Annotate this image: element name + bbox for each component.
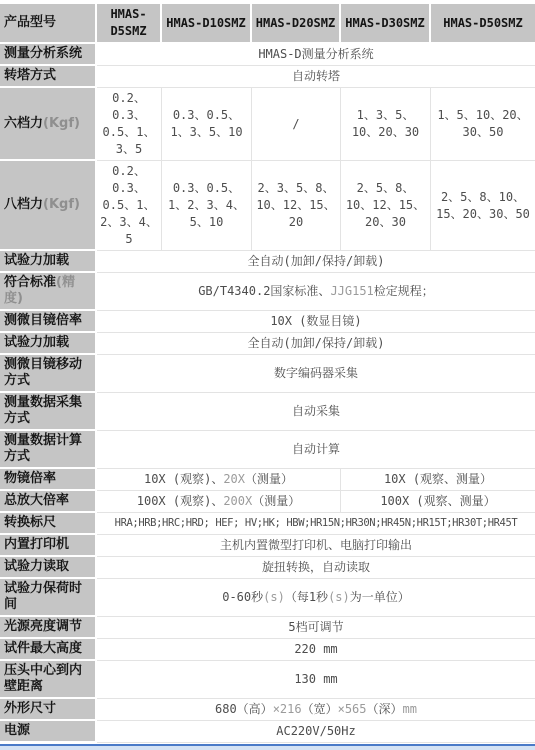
spec-table-body: 产品型号HMAS- D5SMZHMAS-D10SMZHMAS-D20SMZHMA… bbox=[0, 4, 535, 743]
cell-text: 20X bbox=[223, 472, 245, 486]
cell-text: 0.2、0.3、0.5、1、2、3、4、5 bbox=[100, 164, 158, 246]
row-label: 测量分析系统 bbox=[0, 44, 97, 66]
spec-cell: 全自动(加卸/保持/卸载) bbox=[97, 251, 535, 273]
spec-cell: 主机内置微型打印机、电脑打印输出 bbox=[97, 535, 535, 557]
cell-text: ×216 bbox=[273, 702, 302, 716]
spec-row: 测微目镜移动 方式数字编码器采集 bbox=[0, 355, 535, 393]
spec-cell: HMAS-D测量分析系统 bbox=[97, 44, 535, 66]
spec-cell: 自动采集 bbox=[97, 393, 535, 431]
cell-text: mm bbox=[403, 702, 417, 716]
cell-text: 旋扭转换，自动读取 bbox=[262, 560, 370, 574]
cell-text: （测量） bbox=[252, 494, 300, 508]
row-label-text: 测微目镜移动 方式 bbox=[4, 357, 82, 388]
spec-cell: AC220V/50Hz bbox=[97, 721, 535, 743]
row-label: 外形尺寸 bbox=[0, 699, 97, 721]
spec-table: 产品型号HMAS- D5SMZHMAS-D10SMZHMAS-D20SMZHMA… bbox=[0, 4, 535, 743]
row-label-text: 试验力保荷时 间 bbox=[4, 581, 82, 612]
row-label: 八档力(Kgf) bbox=[0, 161, 97, 251]
cell-text: （每1秒 bbox=[285, 590, 328, 604]
spec-cell: 10X (观察)、20X（测量） bbox=[97, 469, 341, 491]
cell-text: 自动采集 bbox=[292, 404, 340, 418]
row-label-text: 转塔方式 bbox=[4, 68, 56, 83]
cell-text: 检定规程； bbox=[374, 284, 434, 298]
cell-text: 680（高） bbox=[215, 702, 273, 716]
row-label-text: 外形尺寸 bbox=[4, 701, 56, 716]
spec-cell: HRA;HRB;HRC;HRD; HEF; HV;HK; HBW;HR15N;H… bbox=[97, 513, 535, 535]
cell-text: (s) bbox=[263, 590, 285, 604]
product-model-label: 产品型号 bbox=[0, 4, 97, 44]
cell-text: 0.3、0.5、1、2、3、4、5、10 bbox=[168, 181, 245, 229]
spec-cell: 自动计算 bbox=[97, 431, 535, 469]
model-name-1: HMAS- D5SMZ bbox=[97, 4, 162, 44]
spec-cell: 2、3、5、8、10、12、15、20 bbox=[252, 161, 341, 251]
row-label-text: 测量数据采集 方式 bbox=[4, 395, 82, 426]
cell-text: 100X (观察)、 bbox=[137, 494, 224, 508]
cell-text: 2、5、8、10、12、15、20、30 bbox=[346, 181, 425, 229]
row-label: 试验力加载 bbox=[0, 333, 97, 355]
cell-text: 自动计算 bbox=[292, 442, 340, 456]
spec-row: 试验力读取旋扭转换，自动读取 bbox=[0, 557, 535, 579]
spec-cell: 1、3、5、10、20、30 bbox=[341, 88, 431, 161]
row-label-text: 测微目镜倍率 bbox=[4, 313, 82, 328]
cell-text: HRA;HRB;HRC;HRD; HEF; HV;HK; HBW;HR15N;H… bbox=[115, 517, 518, 529]
row-label-text: 压头中心到内 壁距离 bbox=[4, 663, 82, 694]
row-label: 试件最大高度 bbox=[0, 639, 97, 661]
row-label-text: 总放大倍率 bbox=[4, 493, 69, 508]
cell-text: 1、5、10、20、30、50 bbox=[437, 108, 528, 139]
row-label: 测量数据计算 方式 bbox=[0, 431, 97, 469]
row-label-text: 试验力加载 bbox=[4, 335, 69, 350]
spec-row: 试件最大高度220 mm bbox=[0, 639, 535, 661]
spec-row: 总放大倍率100X (观察)、200X（测量）100X (观察、测量） bbox=[0, 491, 535, 513]
row-label: 试验力保荷时 间 bbox=[0, 579, 97, 617]
cell-text: 200X bbox=[223, 494, 252, 508]
cell-text: 130 mm bbox=[294, 672, 337, 686]
cell-text: 220 mm bbox=[294, 642, 337, 656]
row-label: 符合标准(精度) bbox=[0, 273, 97, 311]
row-label: 电源 bbox=[0, 721, 97, 743]
product-spec-sheet: 产品型号HMAS- D5SMZHMAS-D10SMZHMAS-D20SMZHMA… bbox=[0, 0, 535, 750]
spec-cell: 0.2、0.3、0.5、1、3、5 bbox=[97, 88, 162, 161]
row-label-text: 八档力 bbox=[4, 197, 43, 212]
spec-cell: 100X (观察、测量） bbox=[341, 491, 535, 513]
cell-text: 主机内置微型打印机、电脑打印输出 bbox=[220, 538, 412, 552]
spec-row: 光源亮度调节5档可调节 bbox=[0, 617, 535, 639]
row-label: 压头中心到内 壁距离 bbox=[0, 661, 97, 699]
cell-text: 10X (观察、测量） bbox=[384, 472, 492, 486]
spec-row: 测量数据采集 方式自动采集 bbox=[0, 393, 535, 431]
spec-cell: 100X (观察)、200X（测量） bbox=[97, 491, 341, 513]
model-name-3: HMAS-D20SMZ bbox=[252, 4, 341, 44]
header-row: 产品型号HMAS- D5SMZHMAS-D10SMZHMAS-D20SMZHMA… bbox=[0, 4, 535, 44]
cell-text: （测量） bbox=[245, 472, 293, 486]
row-label: 试验力加载 bbox=[0, 251, 97, 273]
spec-cell: 全自动(加卸/保持/卸载) bbox=[97, 333, 535, 355]
row-label: 测微目镜倍率 bbox=[0, 311, 97, 333]
spec-cell: 0.3、0.5、1、2、3、4、5、10 bbox=[162, 161, 252, 251]
row-label: 测量数据采集 方式 bbox=[0, 393, 97, 431]
spec-cell: GB/T4340.2国家标准、JJG151检定规程； bbox=[97, 273, 535, 311]
spec-cell: / bbox=[252, 88, 341, 161]
spec-row: 内置打印机主机内置微型打印机、电脑打印输出 bbox=[0, 535, 535, 557]
model-name-2: HMAS-D10SMZ bbox=[162, 4, 252, 44]
spec-row: 测微目镜倍率10X (数显目镜) bbox=[0, 311, 535, 333]
spec-row: 测量数据计算 方式自动计算 bbox=[0, 431, 535, 469]
spec-cell: 130 mm bbox=[97, 661, 535, 699]
cell-text: 0.2、0.3、0.5、1、3、5 bbox=[103, 91, 156, 156]
row-label: 测微目镜移动 方式 bbox=[0, 355, 97, 393]
cell-text: 全自动(加卸/保持/卸载) bbox=[248, 336, 385, 350]
row-label: 物镜倍率 bbox=[0, 469, 97, 491]
row-label: 六档力(Kgf) bbox=[0, 88, 97, 161]
row-label-unit: (Kgf) bbox=[43, 197, 80, 212]
spec-cell: 1、5、10、20、30、50 bbox=[431, 88, 535, 161]
row-label-text: 物镜倍率 bbox=[4, 471, 56, 486]
cell-text: / bbox=[292, 117, 299, 131]
cell-text: ×565 bbox=[338, 702, 367, 716]
row-label-text: 六档力 bbox=[4, 116, 43, 131]
cell-text: 10X (数显目镜) bbox=[270, 314, 361, 328]
spec-cell: 10X (观察、测量） bbox=[341, 469, 535, 491]
spec-row: 测量分析系统HMAS-D测量分析系统 bbox=[0, 44, 535, 66]
cell-text: 自动转塔 bbox=[292, 69, 340, 83]
spec-cell: 680（高）×216（宽）×565（深）mm bbox=[97, 699, 535, 721]
cell-text: 0-60秒 bbox=[222, 590, 263, 604]
spec-cell: 220 mm bbox=[97, 639, 535, 661]
spec-cell: 旋扭转换，自动读取 bbox=[97, 557, 535, 579]
cell-text: （宽） bbox=[302, 702, 338, 716]
cell-text: 为一单位） bbox=[350, 590, 410, 604]
cell-text: JJG151 bbox=[330, 284, 373, 298]
cell-text: （深） bbox=[367, 702, 403, 716]
cell-text: 5档可调节 bbox=[288, 620, 343, 634]
cell-text: 10X (观察)、 bbox=[144, 472, 223, 486]
row-label-unit: (Kgf) bbox=[43, 116, 80, 131]
spec-cell: 2、5、8、10、15、20、30、50 bbox=[431, 161, 535, 251]
row-label-text: 内置打印机 bbox=[4, 537, 69, 552]
cell-text: 2、5、8、10、15、20、30、50 bbox=[436, 190, 530, 221]
spec-cell: 自动转塔 bbox=[97, 66, 535, 88]
model-name-5: HMAS-D50SMZ bbox=[431, 4, 535, 44]
spec-row: 八档力(Kgf)0.2、0.3、0.5、1、2、3、4、50.3、0.5、1、2… bbox=[0, 161, 535, 251]
row-label-text: 试验力读取 bbox=[4, 559, 69, 574]
spec-cell: 10X (数显目镜) bbox=[97, 311, 535, 333]
row-label: 内置打印机 bbox=[0, 535, 97, 557]
spec-row: 压头中心到内 壁距离130 mm bbox=[0, 661, 535, 699]
row-label-text: 符合标准 bbox=[4, 275, 56, 290]
spec-row: 试验力加载全自动(加卸/保持/卸载) bbox=[0, 333, 535, 355]
spec-cell: 0-60秒(s)（每1秒(s)为一单位） bbox=[97, 579, 535, 617]
spec-row: 六档力(Kgf)0.2、0.3、0.5、1、3、50.3、0.5、1、3、5、1… bbox=[0, 88, 535, 161]
row-label-text: 试验力加载 bbox=[4, 253, 69, 268]
cell-text: (s) bbox=[328, 590, 350, 604]
spec-cell: 0.2、0.3、0.5、1、2、3、4、5 bbox=[97, 161, 162, 251]
row-label: 转塔方式 bbox=[0, 66, 97, 88]
spec-row: 物镜倍率10X (观察)、20X（测量）10X (观察、测量） bbox=[0, 469, 535, 491]
row-label: 转换标尺 bbox=[0, 513, 97, 535]
row-label: 试验力读取 bbox=[0, 557, 97, 579]
cell-text: 2、3、5、8、10、12、15、20 bbox=[256, 181, 335, 229]
row-label-text: 电源 bbox=[4, 723, 30, 738]
spec-row: 转塔方式自动转塔 bbox=[0, 66, 535, 88]
cell-text: 1、3、5、10、20、30 bbox=[352, 108, 419, 139]
spec-row: 试验力加载全自动(加卸/保持/卸载) bbox=[0, 251, 535, 273]
cell-text: 100X (观察、测量） bbox=[380, 494, 495, 508]
cell-text: AC220V/50Hz bbox=[276, 724, 355, 738]
cell-text: GB/T4340.2国家标准、 bbox=[198, 284, 330, 298]
model-name-4: HMAS-D30SMZ bbox=[341, 4, 431, 44]
cell-text: 全自动(加卸/保持/卸载) bbox=[248, 254, 385, 268]
spec-row: 电源AC220V/50Hz bbox=[0, 721, 535, 743]
row-label: 光源亮度调节 bbox=[0, 617, 97, 639]
row-label-text: 转换标尺 bbox=[4, 515, 56, 530]
row-label-text: 光源亮度调节 bbox=[4, 619, 82, 634]
spec-row: 外形尺寸680（高）×216（宽）×565（深）mm bbox=[0, 699, 535, 721]
spec-row: 试验力保荷时 间0-60秒(s)（每1秒(s)为一单位） bbox=[0, 579, 535, 617]
row-label: 总放大倍率 bbox=[0, 491, 97, 513]
spec-cell: 5档可调节 bbox=[97, 617, 535, 639]
row-label-text: 试件最大高度 bbox=[4, 641, 82, 656]
spec-row: 转换标尺HRA;HRB;HRC;HRD; HEF; HV;HK; HBW;HR1… bbox=[0, 513, 535, 535]
bottom-divider bbox=[0, 744, 535, 750]
cell-text: 0.3、0.5、1、3、5、10 bbox=[170, 108, 242, 139]
spec-cell: 数字编码器采集 bbox=[97, 355, 535, 393]
cell-text: 数字编码器采集 bbox=[274, 366, 358, 380]
row-label-text: 测量分析系统 bbox=[4, 46, 82, 61]
cell-text: HMAS-D测量分析系统 bbox=[258, 47, 373, 61]
spec-cell: 0.3、0.5、1、3、5、10 bbox=[162, 88, 252, 161]
spec-cell: 2、5、8、10、12、15、20、30 bbox=[341, 161, 431, 251]
spec-row: 符合标准(精度)GB/T4340.2国家标准、JJG151检定规程； bbox=[0, 273, 535, 311]
row-label-text: 测量数据计算 方式 bbox=[4, 433, 82, 464]
